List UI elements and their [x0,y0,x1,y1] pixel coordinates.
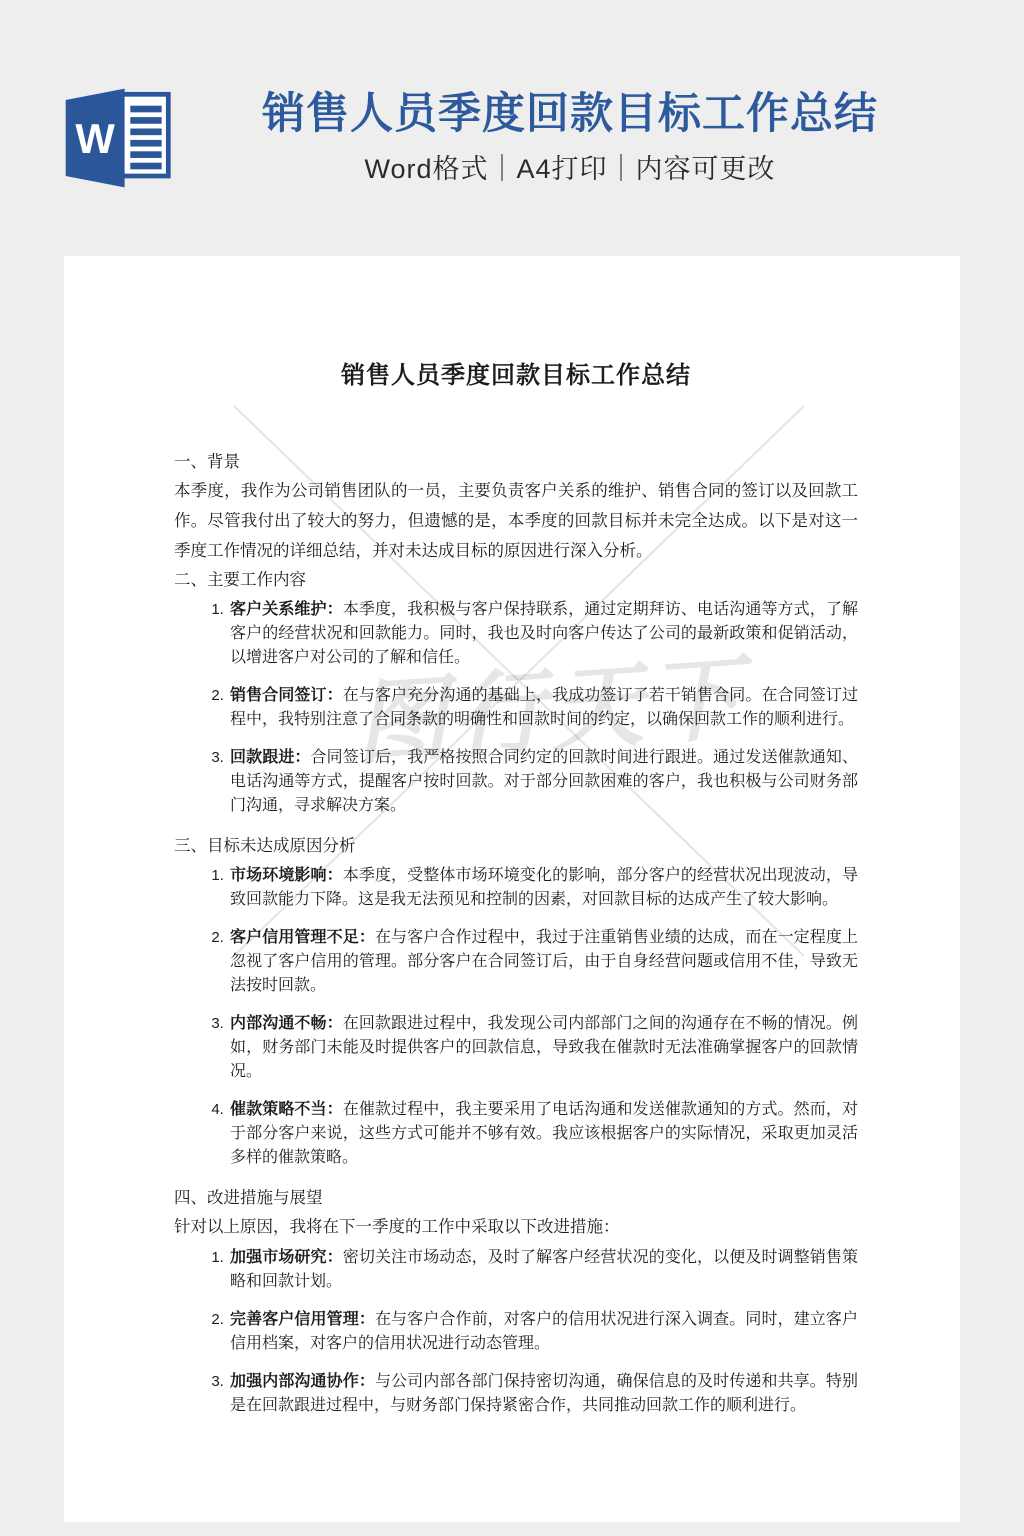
section-paragraph: 本季度，我作为公司销售团队的一员，主要负责客户关系的维护、销售合同的签订以及回款… [174,476,858,566]
list-item-lead: 回款跟进： [230,749,311,766]
improvements-list: 加强市场研究：密切关注市场动态，及时了解客户经营状况的变化，以便及时调整销售策略… [174,1246,858,1418]
list-item: 市场环境影响：本季度，受整体市场环境变化的影响，部分客户的经营状况出现波动，导致… [228,864,858,912]
section-heading-main-work: 二、主要工作内容 [174,566,858,594]
list-item: 内部沟通不畅：在回款跟进过程中，我发现公司内部部门之间的沟通存在不畅的情况。例如… [228,1012,858,1084]
main-work-list: 客户关系维护：本季度，我积极与客户保持联系，通过定期拜访、电话沟通等方式，了解客… [174,598,858,818]
template-subtitle: Word格式｜A4打印｜内容可更改 [185,154,955,184]
template-title: 销售人员季度回款目标工作总结 [185,90,955,138]
header: 销售人员季度回款目标工作总结 Word格式｜A4打印｜内容可更改 [185,90,955,184]
list-item-lead: 市场环境影响： [230,867,343,884]
word-logo-icon: W [60,84,174,192]
list-item-lead: 催款策略不当： [230,1101,343,1118]
list-item-lead: 内部沟通不畅： [230,1015,343,1032]
document-title: 销售人员季度回款目标工作总结 [174,362,858,390]
list-item-lead: 客户关系维护： [230,601,343,618]
list-item: 销售合同签订：在与客户充分沟通的基础上，我成功签订了若干销售合同。在合同签订过程… [228,684,858,732]
list-item-lead: 销售合同签订： [230,687,343,704]
section-heading-cause-analysis: 三、目标未达成原因分析 [174,832,858,860]
list-item: 加强内部沟通协作：与公司内部各部门保持密切沟通，确保信息的及时传递和共享。特别是… [228,1370,858,1418]
document-content: 销售人员季度回款目标工作总结 一、背景 本季度，我作为公司销售团队的一员，主要负… [64,256,960,1418]
list-item-lead: 加强内部沟通协作： [230,1373,375,1390]
section-heading-improvements: 四、改进措施与展望 [174,1184,858,1212]
list-item: 客户关系维护：本季度，我积极与客户保持联系，通过定期拜访、电话沟通等方式，了解客… [228,598,858,670]
section-heading-background: 一、背景 [174,448,858,476]
cause-analysis-list: 市场环境影响：本季度，受整体市场环境变化的影响，部分客户的经营状况出现波动，导致… [174,864,858,1170]
list-item: 回款跟进：合同签订后，我严格按照合同约定的回款时间进行跟进。通过发送催款通知、电… [228,746,858,818]
word-logo-letter: W [75,115,115,162]
list-item: 完善客户信用管理：在与客户合作前，对客户的信用状况进行深入调查。同时，建立客户信… [228,1308,858,1356]
list-item-lead: 客户信用管理不足： [230,929,375,946]
list-item-lead: 加强市场研究： [230,1249,343,1266]
list-item: 催款策略不当：在催款过程中，我主要采用了电话沟通和发送催款通知的方式。然而，对于… [228,1098,858,1170]
list-item-text: 合同签订后，我严格按照合同约定的回款时间进行跟进。通过发送催款通知、电话沟通等方… [230,749,858,814]
list-item: 客户信用管理不足：在与客户合作过程中，我过于注重销售业绩的达成，而在一定程度上忽… [228,926,858,998]
document-page: 图行天下 销售人员季度回款目标工作总结 一、背景 本季度，我作为公司销售团队的一… [64,256,960,1522]
list-item: 加强市场研究：密切关注市场动态，及时了解客户经营状况的变化，以便及时调整销售策略… [228,1246,858,1294]
list-item-lead: 完善客户信用管理： [230,1311,375,1328]
improvements-intro: 针对以上原因，我将在下一季度的工作中采取以下改进措施： [174,1212,858,1242]
